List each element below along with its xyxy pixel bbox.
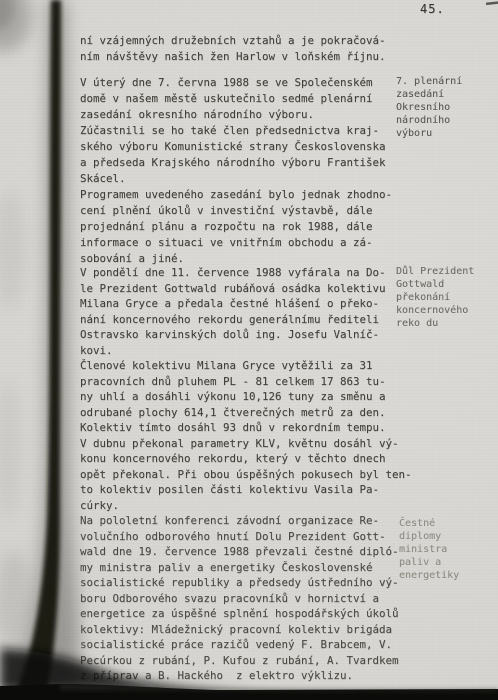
bottom-scan-bar-edge [60, 684, 498, 692]
body-paragraph-intro: ní vzájemných družebních vztahů a je pok… [80, 33, 386, 65]
body-paragraph-plenary-session: V úterý dne 7. června 1988 se ve Společe… [80, 75, 392, 267]
corner-smudge [0, 0, 32, 52]
body-paragraph-mine-record: V pondělí dne 11. července 1988 vyfárala… [80, 265, 412, 513]
left-edge-mottling [0, 190, 32, 650]
body-paragraph-honorary-diplomas: Na pololetní konferenci závodní organiza… [80, 513, 399, 684]
scanned-document-page: 45. ní vzájemných družebních vztahů a je… [0, 0, 498, 700]
spine-shadow-core [14, 0, 61, 694]
margin-note-mine-record: Důl Prezident Gottwald překonání koncern… [396, 265, 474, 330]
page-number: 45. [420, 2, 445, 16]
margin-note-plenary-session: 7. plenární zasedání Okresního národního… [396, 75, 462, 140]
margin-note-diplomas: Čestné diplomy ministra paliv a energeti… [399, 517, 459, 582]
spine-shadow-halo [6, 0, 79, 696]
stray-scan-mark [486, 1, 498, 5]
bottom-scan-bar [0, 684, 498, 700]
